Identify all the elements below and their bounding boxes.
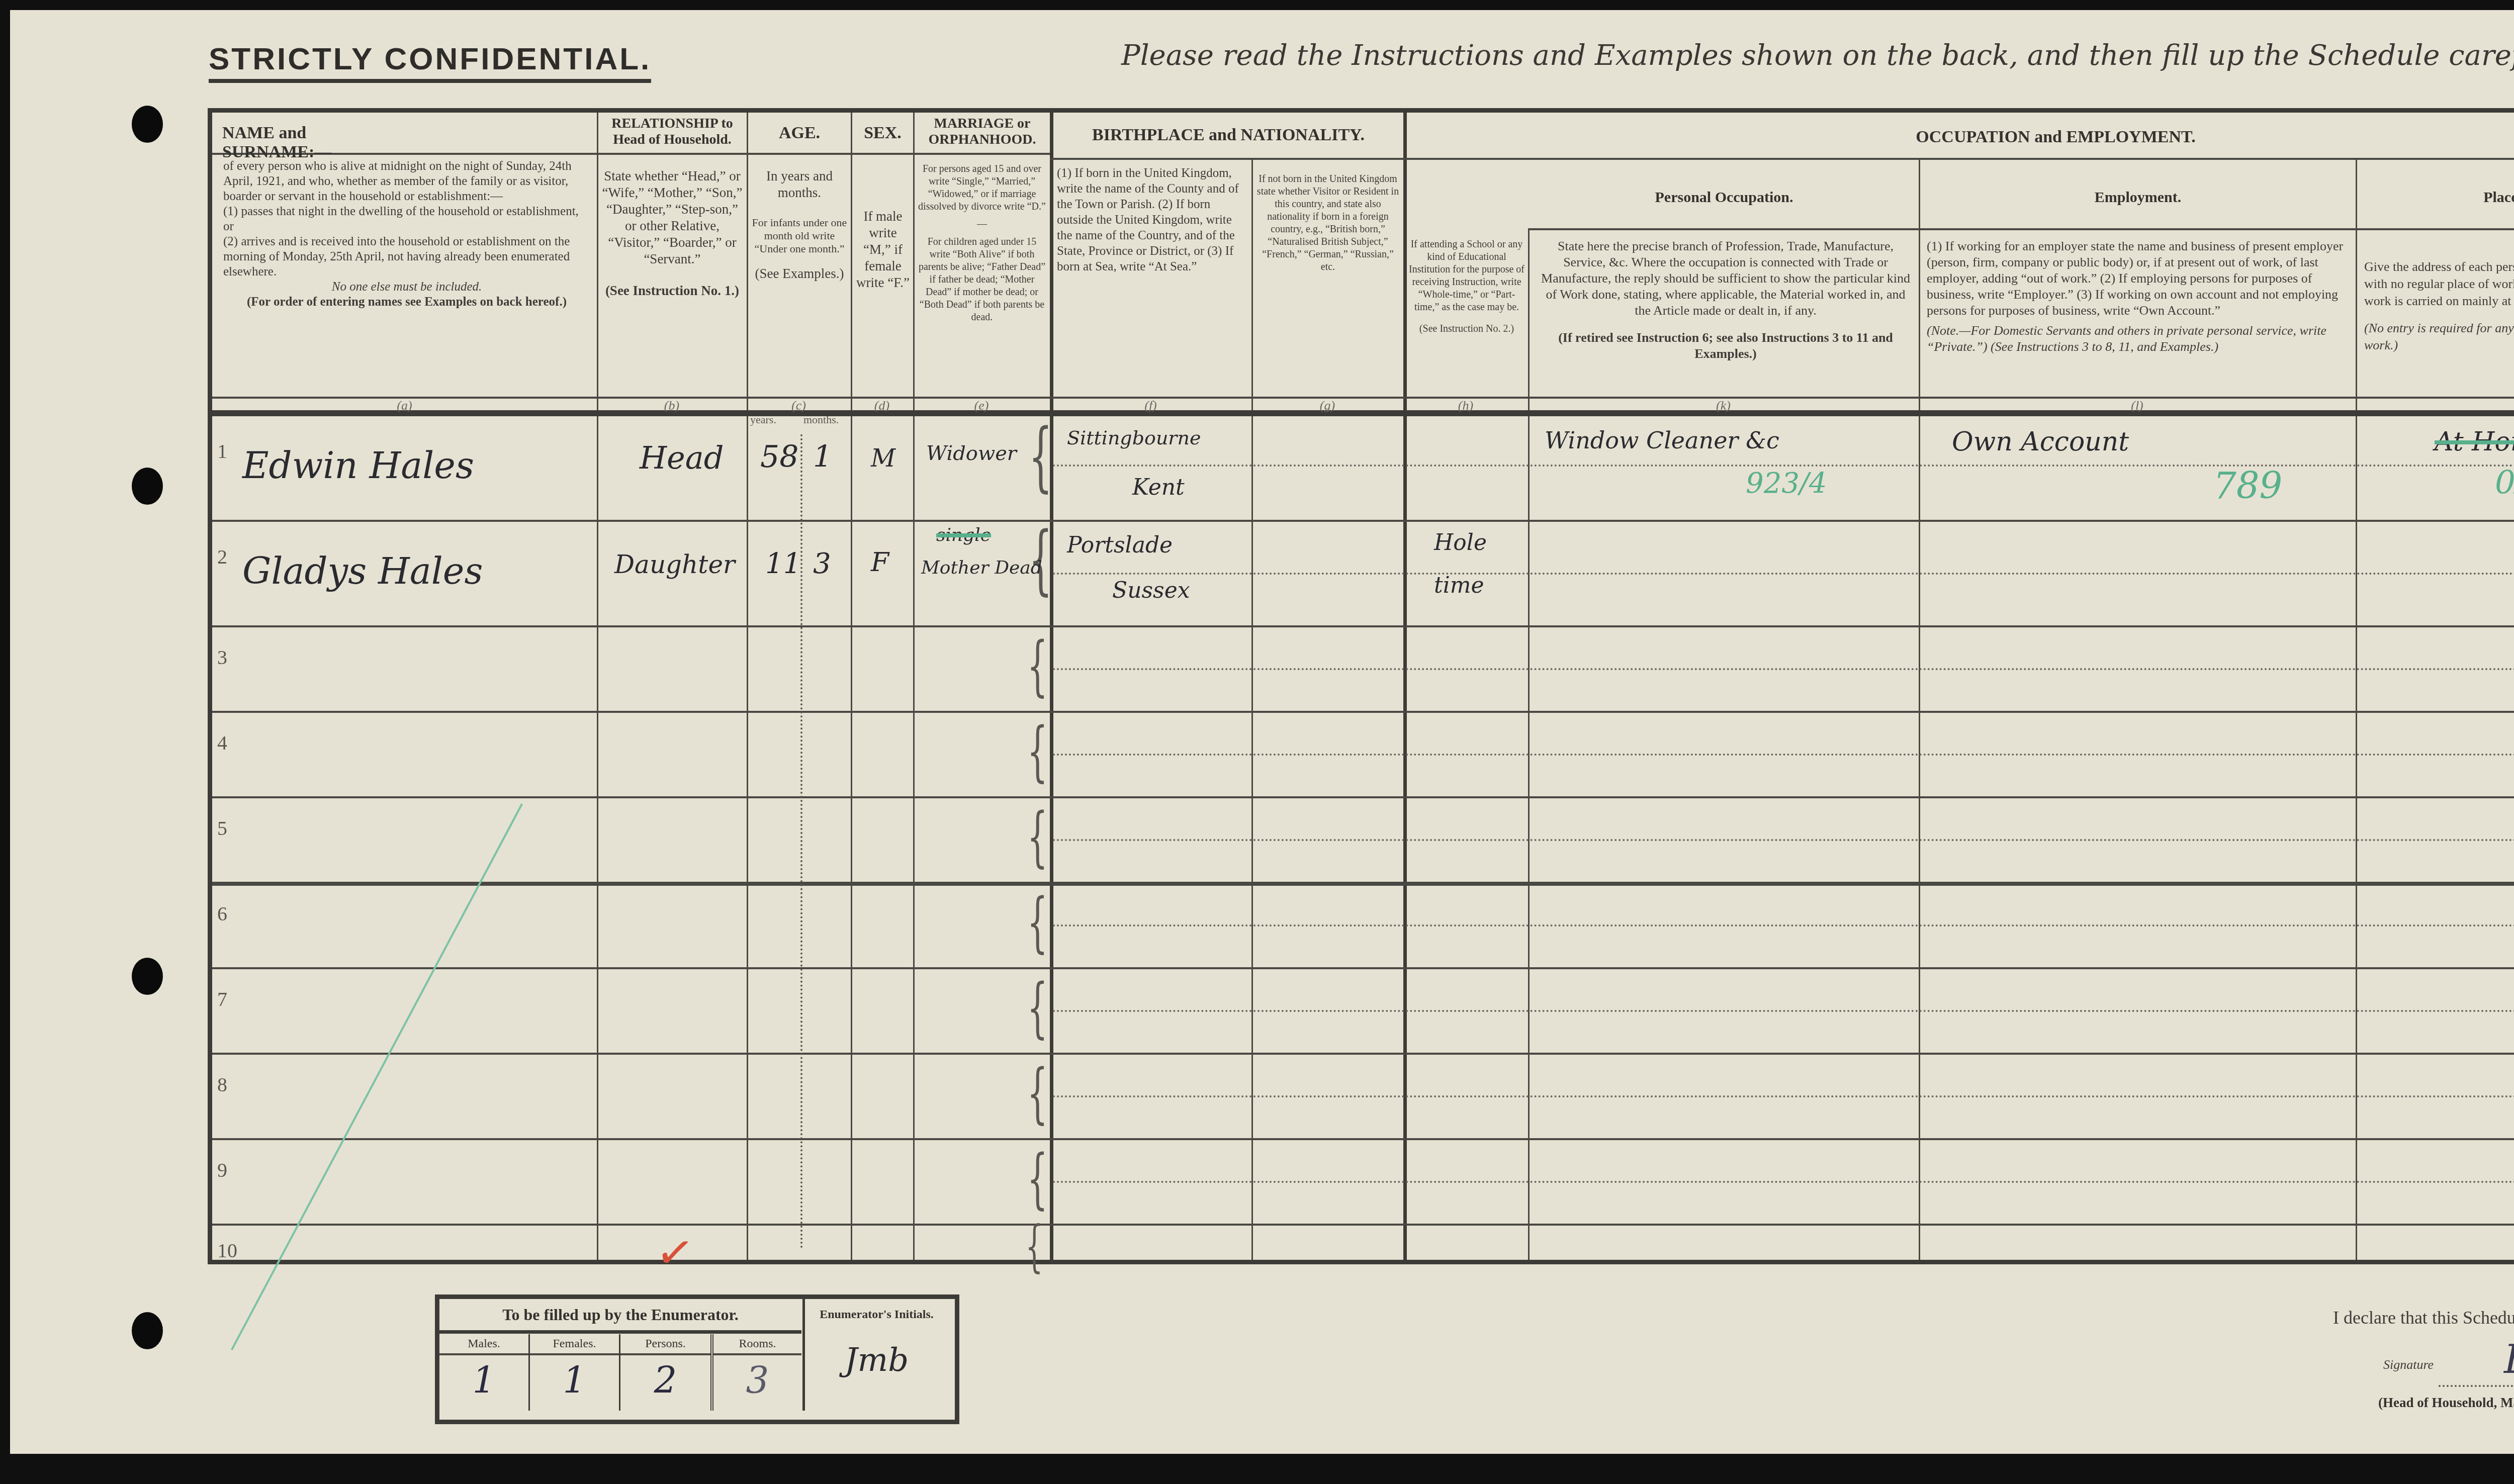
row-rule bbox=[212, 625, 2514, 627]
enumerator-initials-value[interactable]: Jmb bbox=[805, 1342, 948, 1379]
females-label: Females. bbox=[530, 1334, 619, 1355]
col-letter: (g) bbox=[1251, 398, 1403, 413]
punch-hole bbox=[132, 106, 163, 143]
sex-instructions: If male write “M,” if female write “F.” bbox=[855, 208, 911, 291]
rooms-cell: Rooms. 3 bbox=[713, 1334, 801, 1411]
marriage-instruction-1: For persons aged 15 and over write “Sing… bbox=[916, 163, 1048, 213]
row1-marriage[interactable]: Widower bbox=[926, 442, 1017, 465]
signature-value[interactable]: Edwin Hales bbox=[2504, 1337, 2514, 1382]
persons-cell: Persons. 2 bbox=[620, 1334, 713, 1411]
row1-occupation-code: 923/4 bbox=[1746, 467, 1827, 500]
row1-name[interactable]: Edwin Hales bbox=[242, 444, 474, 487]
row-mid-rule bbox=[1053, 465, 2514, 467]
brace: { bbox=[1027, 889, 1048, 955]
col-letter: (h) bbox=[1403, 398, 1528, 413]
fill-instruction: Please read the Instructions and Example… bbox=[1121, 39, 2514, 72]
row1-place-of-work[interactable]: At Home bbox=[2435, 427, 2514, 457]
age-years-label: years. bbox=[750, 413, 776, 426]
row-number: 7 bbox=[217, 987, 227, 1011]
signature-line bbox=[2439, 1385, 2514, 1387]
row1-age-years[interactable]: 58 bbox=[760, 439, 798, 475]
school-instructions: If attending a School or any kind of Edu… bbox=[1408, 238, 1525, 335]
household-schedule-table: NAME and SURNAME:— RELATIONSHIP to Head … bbox=[208, 108, 2514, 1264]
col-divider bbox=[1403, 113, 1407, 1260]
row2-relationship[interactable]: Daughter bbox=[614, 550, 735, 579]
row-number: 3 bbox=[217, 645, 227, 669]
rooms-label: Rooms. bbox=[713, 1334, 801, 1355]
col-header-name: NAME and SURNAME:— bbox=[222, 124, 373, 162]
row1-birthplace-county[interactable]: Kent bbox=[1132, 475, 1185, 500]
place-note: (No entry is required for any person who… bbox=[2364, 320, 2514, 354]
col-divider bbox=[2356, 158, 2357, 1260]
males-label: Males. bbox=[439, 1334, 528, 1355]
brace: { bbox=[1029, 419, 1053, 495]
relationship-note: (See Instruction No. 1.) bbox=[602, 283, 743, 299]
col-divider bbox=[1919, 158, 1920, 1260]
row-mid-rule bbox=[1053, 668, 2514, 670]
row-rule bbox=[212, 711, 2514, 713]
row-mid-rule bbox=[1053, 924, 2514, 926]
name-instruction-2: (1) passes that night in the dwelling of… bbox=[223, 204, 590, 234]
col-divider bbox=[1528, 228, 1530, 1260]
enumerator-box-header: To be filled up by the Enumerator. bbox=[439, 1299, 801, 1334]
enumerator-summary-box: To be filled up by the Enumerator. Males… bbox=[435, 1294, 959, 1424]
header-rule bbox=[1403, 158, 2514, 160]
row-number: 4 bbox=[217, 731, 227, 755]
school-instruction: If attending a School or any kind of Edu… bbox=[1408, 238, 1525, 314]
signature-caption: (Head of Household, Manager of Establish… bbox=[2378, 1395, 2514, 1411]
relationship-instruction: State whether “Head,” or “Wife,” “Mother… bbox=[602, 168, 743, 267]
row1-age-months[interactable]: 1 bbox=[813, 439, 832, 475]
col-divider bbox=[851, 113, 852, 1260]
row2-name[interactable]: Gladys Hales bbox=[242, 550, 483, 592]
punch-hole bbox=[132, 468, 163, 505]
row2-age-years[interactable]: 11 bbox=[765, 547, 801, 580]
col-header-place-of-work: Place of Work. bbox=[2357, 188, 2514, 207]
employment-note: (Note.—For Domestic Servants and others … bbox=[1927, 323, 2349, 355]
col-header-birthplace: BIRTHPLACE and NATIONALITY. bbox=[1053, 126, 1403, 145]
marriage-instructions: For persons aged 15 and over write “Sing… bbox=[916, 163, 1048, 324]
row-rule bbox=[212, 1053, 2514, 1055]
brace: { bbox=[1027, 1060, 1048, 1126]
punch-hole bbox=[132, 1312, 163, 1349]
marriage-instruction-2: For children aged under 15 write “Both A… bbox=[916, 236, 1048, 324]
col-header-sex: SEX. bbox=[852, 124, 913, 143]
col-letter: (a) bbox=[212, 398, 597, 413]
row1-relationship[interactable]: Head bbox=[640, 439, 724, 476]
age-instructions: In years and months. For infants under o… bbox=[751, 168, 848, 282]
nationality-instructions: If not born in the United Kingdom state … bbox=[1255, 173, 1400, 273]
col-letter: (f) bbox=[1050, 398, 1251, 413]
row2-marriage[interactable]: Mother Dead bbox=[921, 558, 1042, 578]
row-number: 10 bbox=[217, 1239, 237, 1262]
rooms-value[interactable]: 3 bbox=[713, 1355, 801, 1406]
females-value[interactable]: 1 bbox=[530, 1355, 619, 1406]
enumerator-initials-label: Enumerator's Initials. bbox=[805, 1308, 948, 1322]
row-rule bbox=[212, 796, 2514, 798]
document-title: STRICTLY CONFIDENTIAL. bbox=[209, 41, 651, 83]
brace: { bbox=[1027, 804, 1048, 869]
row-number: 8 bbox=[217, 1073, 227, 1096]
col-letter: (k) bbox=[1528, 398, 1919, 413]
employment-instructions: (1) If working for an employer state the… bbox=[1927, 238, 2349, 355]
row2-age-months[interactable]: 3 bbox=[813, 547, 831, 580]
red-check-mark-icon: ✓ bbox=[653, 1224, 697, 1281]
birthplace-instructions: (1) If born in the United Kingdom, write… bbox=[1057, 165, 1248, 274]
name-instruction-4: No one else must be included. bbox=[223, 280, 590, 295]
col-header-age: AGE. bbox=[748, 124, 851, 143]
col-header-marriage: MARRIAGE or ORPHANHOOD. bbox=[915, 116, 1050, 148]
row1-employment-code: 789 bbox=[2213, 465, 2282, 507]
row1-employment[interactable]: Own Account bbox=[1952, 427, 2129, 457]
row-rule bbox=[212, 520, 2514, 522]
declaration-text: I declare that this Schedule is correctl… bbox=[2333, 1307, 2514, 1328]
row2-sex[interactable]: F bbox=[871, 547, 889, 578]
row-mid-rule bbox=[1053, 573, 2514, 575]
instruction-text: Please read the Instructions and Example… bbox=[1121, 39, 2514, 72]
row-number: 6 bbox=[217, 902, 227, 925]
row-rule bbox=[212, 967, 2514, 969]
col-divider bbox=[913, 113, 915, 1260]
brace: { bbox=[1026, 1219, 1043, 1274]
signature-label: Signature bbox=[2383, 1357, 2434, 1372]
row-mid-rule bbox=[1053, 1010, 2514, 1012]
persons-label: Persons. bbox=[620, 1334, 710, 1355]
row-rule bbox=[212, 882, 2514, 886]
brace: { bbox=[1027, 718, 1048, 784]
age-months-label: months. bbox=[803, 413, 839, 426]
enumerator-initials-cell: Enumerator's Initials. Jmb bbox=[802, 1299, 948, 1411]
header-rule bbox=[1528, 228, 1919, 230]
persons-value[interactable]: 2 bbox=[620, 1355, 710, 1406]
row2-school-2[interactable]: time bbox=[1434, 573, 1484, 598]
personal-occupation-instructions: State here the precise branch of Profess… bbox=[1540, 238, 1912, 362]
personal-occupation-note: (If retired see Instruction 6; see also … bbox=[1540, 330, 1912, 362]
row-number: 1 bbox=[217, 439, 227, 463]
punch-hole bbox=[132, 958, 163, 995]
row-mid-rule bbox=[1053, 1095, 2514, 1097]
place-instructions: Give the address of each person’s place … bbox=[2364, 258, 2514, 354]
row-rule bbox=[212, 1224, 2514, 1226]
name-instructions: of every person who is alive at midnight… bbox=[223, 159, 590, 310]
row-mid-rule bbox=[1053, 839, 2514, 841]
row1-sex[interactable]: M bbox=[871, 444, 895, 473]
col-header-personal-occupation: Personal Occupation. bbox=[1530, 188, 1919, 207]
row1-occupation[interactable]: Window Cleaner &c bbox=[1545, 427, 1779, 454]
col-header-relationship: RELATIONSHIP to Head of Household. bbox=[599, 116, 745, 148]
row-number: 2 bbox=[217, 545, 227, 569]
row2-birthplace-town[interactable]: Portslade bbox=[1067, 532, 1173, 558]
name-instruction-1: of every person who is alive at midnight… bbox=[223, 159, 590, 204]
name-instruction-5: (For order of entering names see Example… bbox=[223, 295, 590, 310]
col-header-occupation: OCCUPATION and EMPLOYMENT. bbox=[1407, 128, 2514, 147]
row2-birthplace-county[interactable]: Sussex bbox=[1112, 578, 1190, 603]
col-letter: (b) bbox=[597, 398, 747, 413]
row-mid-rule bbox=[1053, 754, 2514, 756]
brace: { bbox=[1027, 975, 1048, 1040]
col-divider bbox=[1251, 158, 1253, 1260]
males-cell: Males. 1 bbox=[439, 1334, 530, 1411]
females-cell: Females. 1 bbox=[530, 1334, 620, 1411]
header-rule bbox=[1919, 228, 2514, 230]
col-divider bbox=[1050, 113, 1053, 1260]
row-number: 5 bbox=[217, 816, 227, 840]
age-note: (See Examples.) bbox=[751, 265, 848, 282]
col-divider bbox=[747, 113, 748, 1260]
row2-marriage-struck: single bbox=[936, 525, 991, 545]
males-value[interactable]: 1 bbox=[439, 1355, 528, 1406]
employment-instruction: (1) If working for an employer state the… bbox=[1927, 238, 2349, 319]
header-rule bbox=[1050, 158, 1403, 160]
row-mid-rule bbox=[1053, 1181, 2514, 1183]
row2-school-1[interactable]: Hole bbox=[1434, 530, 1487, 555]
brace: { bbox=[1027, 1146, 1048, 1211]
brace: { bbox=[1027, 633, 1048, 698]
col-letter: (c) bbox=[747, 398, 851, 413]
col-letter: (l) bbox=[1919, 398, 2356, 413]
col-header-employment: Employment. bbox=[1920, 188, 2356, 207]
row-number: 9 bbox=[217, 1158, 227, 1182]
col-letter: (e) bbox=[913, 398, 1050, 413]
relationship-instructions: State whether “Head,” or “Wife,” “Mother… bbox=[602, 168, 743, 299]
age-instruction: In years and months. bbox=[751, 168, 848, 201]
row1-place-code: 0X bbox=[2495, 465, 2514, 502]
age-instruction-2: For infants under one month old write “U… bbox=[751, 216, 848, 255]
row1-birthplace-town[interactable]: Sittingbourne bbox=[1067, 427, 1201, 449]
name-instruction-3: (2) arrives and is received into the hou… bbox=[223, 234, 590, 280]
col-divider bbox=[597, 113, 598, 1260]
personal-occupation-instruction: State here the precise branch of Profess… bbox=[1540, 238, 1912, 319]
col-letter: (d) bbox=[851, 398, 913, 413]
place-instruction: Give the address of each person’s place … bbox=[2364, 258, 2514, 310]
row-rule bbox=[212, 1138, 2514, 1140]
school-note: (See Instruction No. 2.) bbox=[1408, 323, 1525, 335]
col-letter: (m) bbox=[2356, 398, 2514, 413]
